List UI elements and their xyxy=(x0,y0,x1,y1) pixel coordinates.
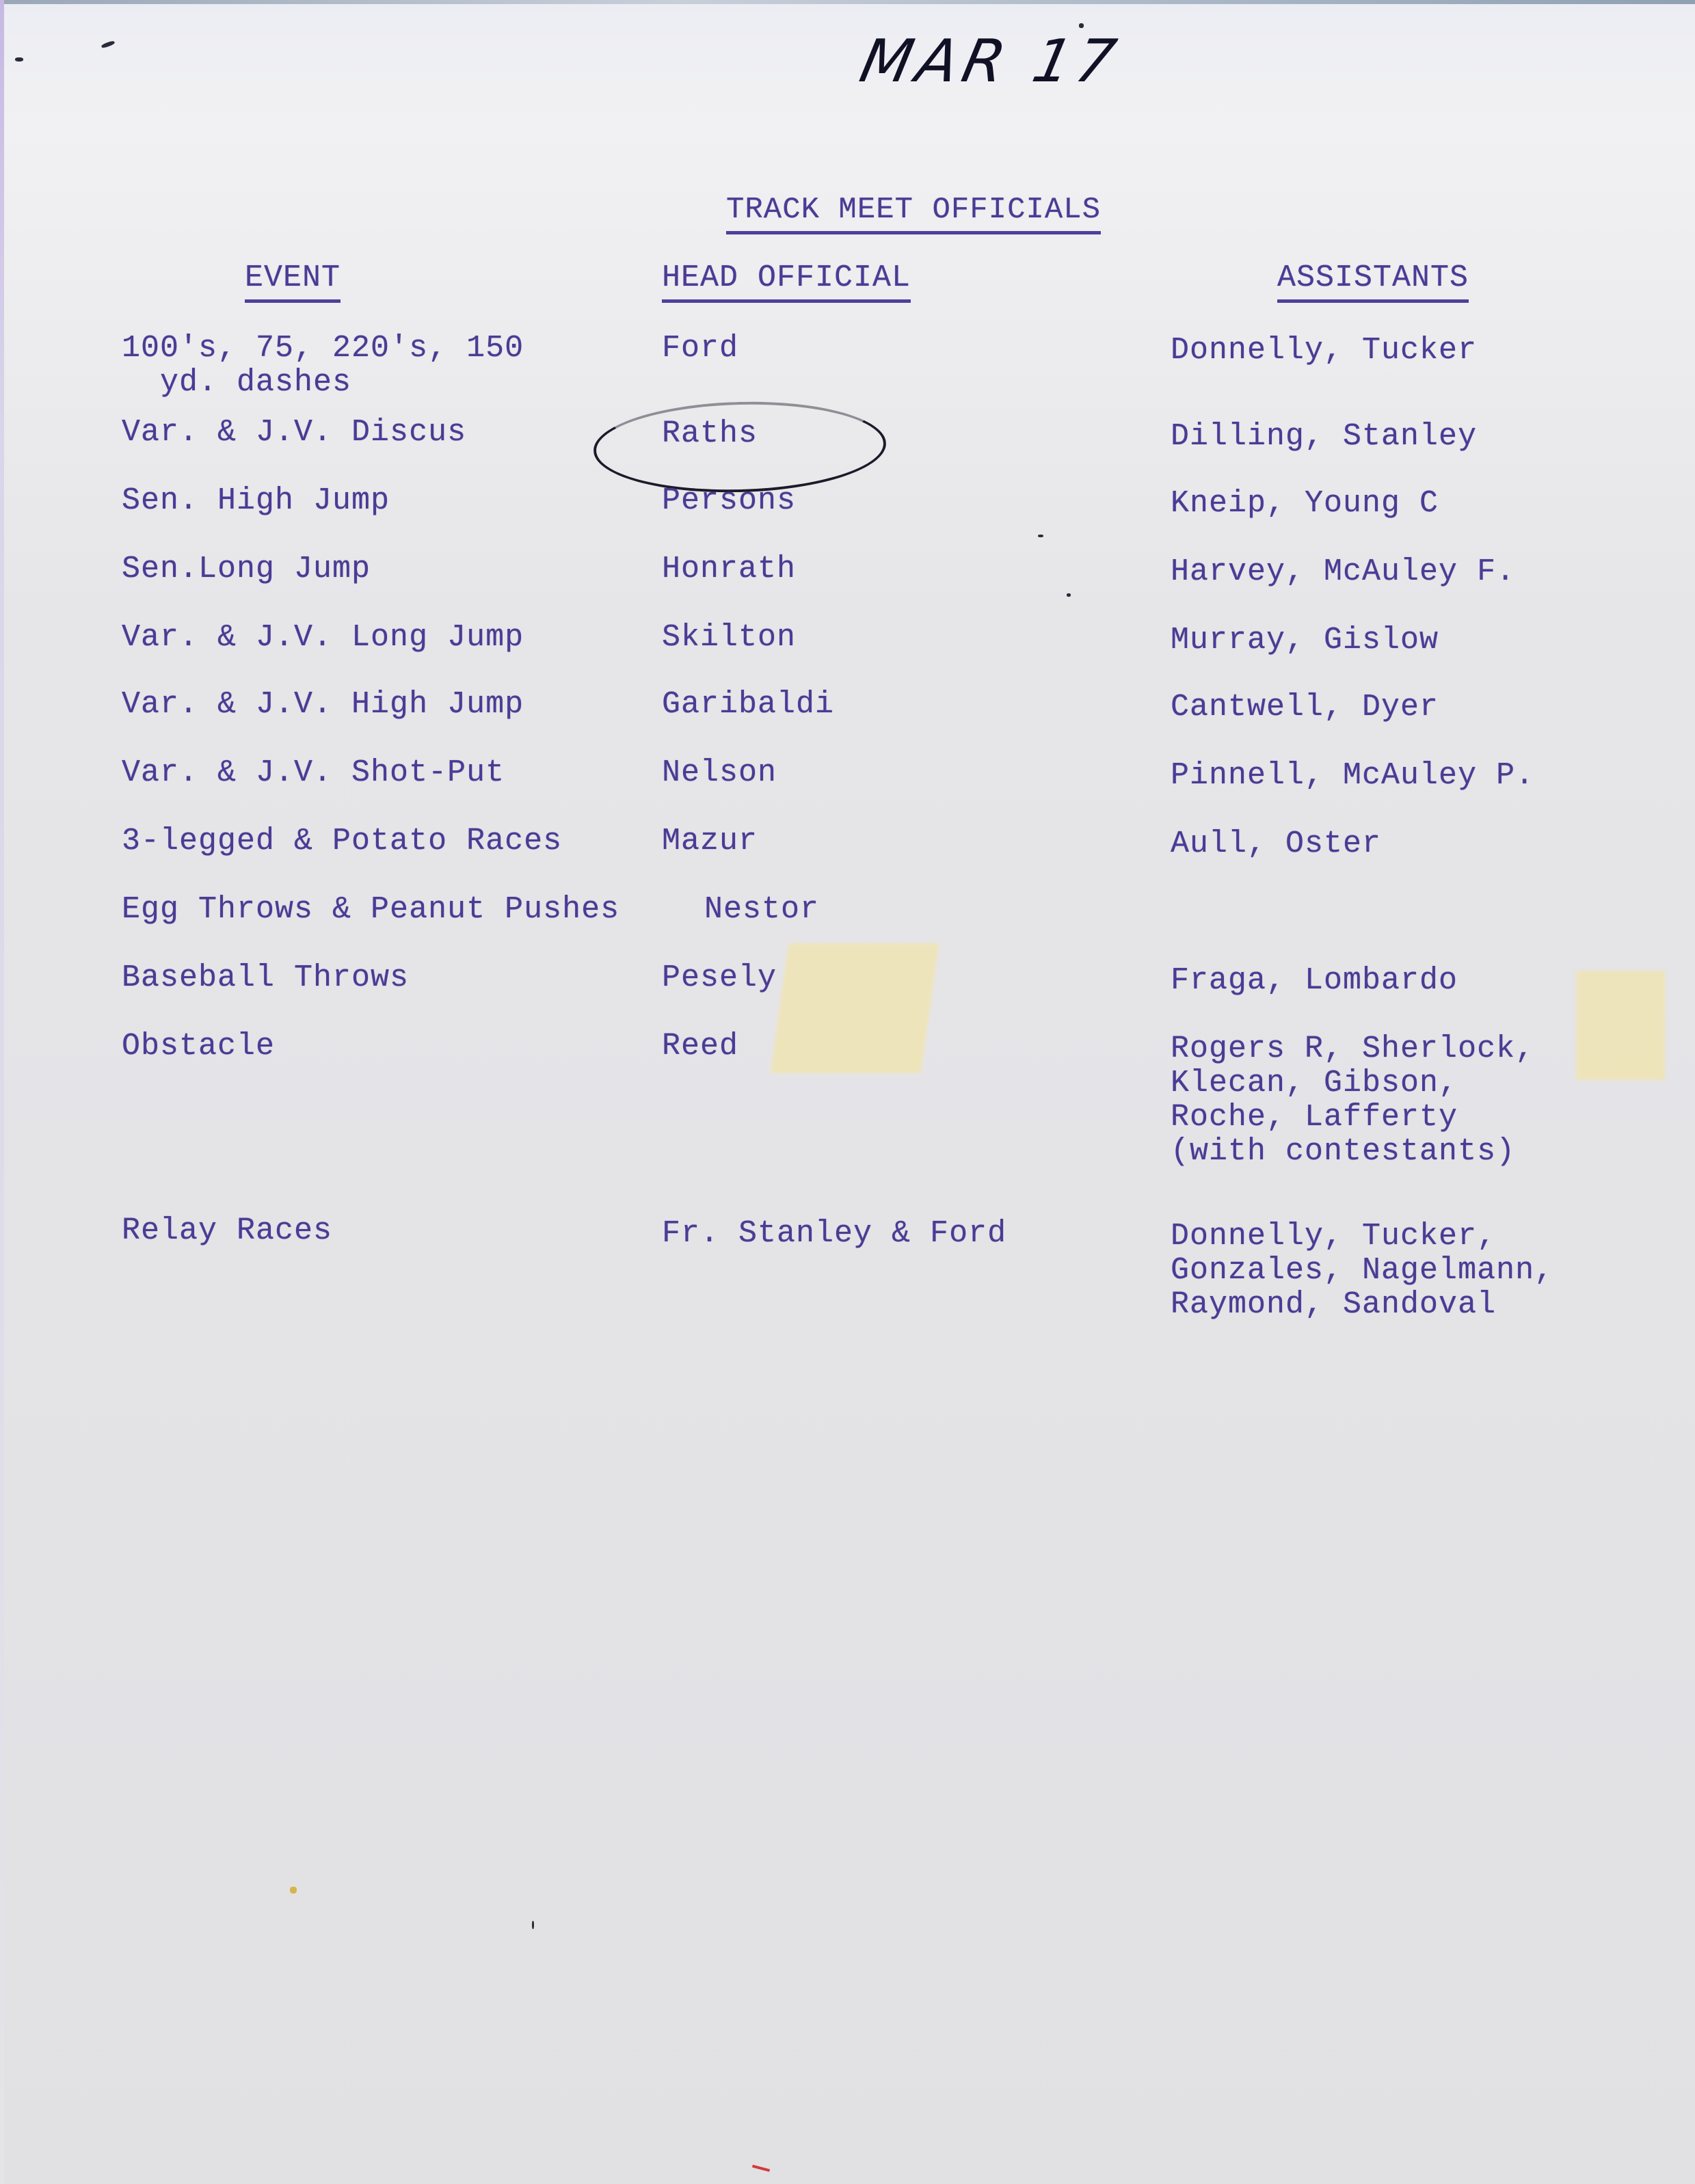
event-cell: Egg Throws & Peanut Pushes xyxy=(122,893,619,927)
assistants-cell: Kneip, Young C xyxy=(1171,487,1439,521)
assistants-cell: Harvey, McAuley F. xyxy=(1171,555,1515,589)
event-cell: Relay Races xyxy=(122,1214,332,1248)
scan-top-edge xyxy=(0,0,1695,4)
paper-stain xyxy=(1576,971,1665,1080)
event-cell: Var. & J.V. Long Jump xyxy=(122,621,524,655)
event-cell: Var. & J.V. Shot-Put xyxy=(122,756,505,790)
head-official-cell: Reed xyxy=(662,1029,738,1064)
scan-speck xyxy=(15,57,23,62)
event-cell: Baseball Throws xyxy=(122,961,409,995)
assistants-cell: Aull, Oster xyxy=(1171,827,1381,861)
column-header-assistants: ASSISTANTS xyxy=(1277,261,1469,303)
event-cell: 100's, 75, 220's, 150 yd. dashes xyxy=(122,332,524,400)
scan-speck xyxy=(1038,535,1043,537)
scanned-page: MAR 17 TRACK MEET OFFICIALS EVENT HEAD O… xyxy=(0,0,1695,2184)
assistants-cell: Pinnell, McAuley P. xyxy=(1171,759,1534,793)
paper-stain xyxy=(771,943,939,1073)
column-header-event: EVENT xyxy=(245,261,341,303)
event-cell: 3-legged & Potato Races xyxy=(122,824,562,859)
handwritten-date: MAR 17 xyxy=(854,27,1127,96)
head-official-cell: Nelson xyxy=(662,756,777,790)
event-cell: Var. & J.V. High Jump xyxy=(122,688,524,722)
head-official-cell: Pesely xyxy=(662,961,777,995)
red-ink-mark xyxy=(752,2165,770,2172)
scan-left-edge xyxy=(0,0,4,2184)
head-official-cell: Skilton xyxy=(662,621,796,655)
event-cell: Obstacle xyxy=(122,1029,275,1064)
head-official-cell: Ford xyxy=(662,332,738,366)
head-official-cell: Garibaldi xyxy=(662,688,834,722)
head-official-cell: Persons xyxy=(662,484,796,518)
head-official-cell: Fr. Stanley & Ford xyxy=(662,1217,1006,1251)
assistants-cell: Fraga, Lombardo xyxy=(1171,964,1458,998)
head-official-cell: Honrath xyxy=(662,552,796,587)
assistants-cell: Cantwell, Dyer xyxy=(1171,690,1439,725)
document-title: TRACK MEET OFFICIALS xyxy=(726,193,1101,234)
event-cell: Var. & J.V. Discus xyxy=(122,416,466,450)
head-official-cell: Raths xyxy=(662,417,758,451)
event-cell: Sen. High Jump xyxy=(122,484,390,518)
event-cell: Sen.Long Jump xyxy=(122,552,371,587)
head-official-cell: Mazur xyxy=(662,824,758,859)
scan-speck xyxy=(101,40,116,49)
assistants-cell: Murray, Gislow xyxy=(1171,623,1439,658)
scan-speck xyxy=(532,1921,534,1929)
assistants-cell: Donnelly, Tucker, Gonzales, Nagelmann, R… xyxy=(1171,1219,1553,1322)
column-header-head-official: HEAD OFFICIAL xyxy=(662,261,911,303)
assistants-cell: Donnelly, Tucker xyxy=(1171,334,1477,368)
scan-speck xyxy=(1067,593,1071,597)
assistants-cell: Rogers R, Sherlock, Klecan, Gibson, Roch… xyxy=(1171,1032,1534,1169)
head-official-cell: Nestor xyxy=(704,893,819,927)
scan-speck xyxy=(290,1887,297,1893)
assistants-cell: Dilling, Stanley xyxy=(1171,420,1477,454)
